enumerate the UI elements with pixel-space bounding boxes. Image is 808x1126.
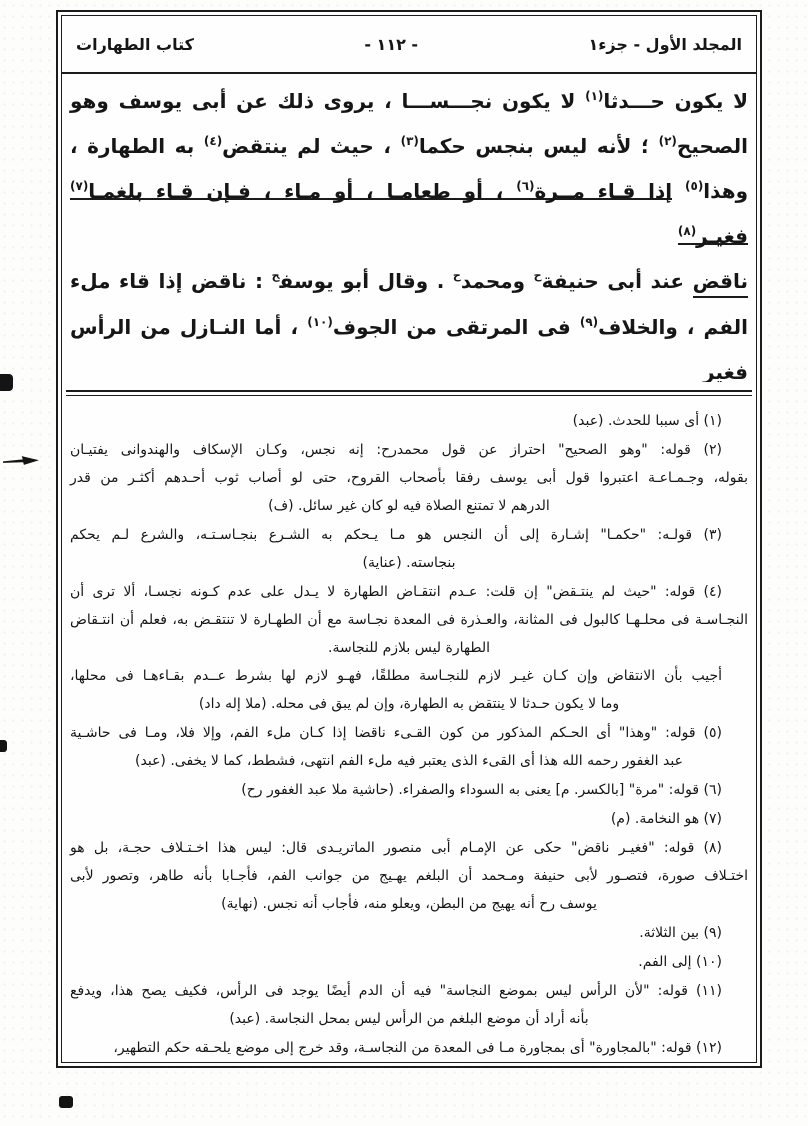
matn-text: لا يكون نجـــســـا ، يروى ذلك عن أبى يوس…: [70, 89, 585, 113]
matn-line: ناقض عند أبى حنيفةح ومحمدح . وقال أبو يو…: [70, 260, 748, 306]
footnote: (٦) قوله: "مرة" [بالكسر. م] يعنى به السو…: [70, 776, 748, 804]
footnote: (٤) قوله: "حيث لم ينتـقض" إن قلت: عـدم ا…: [70, 578, 748, 718]
underlined-text: إذا قـاء مــرة(٦) ، أو طعامـا ، أو مـاء …: [70, 171, 672, 200]
footnote-line: (١١) قوله: "لأن الرأس ليس بموضع النجاسة"…: [70, 977, 748, 1005]
footnote: (١) أى سببا للحدث. (عبد): [70, 407, 748, 435]
footnote: (٢) قوله: "وهو الصحيح" احتراز عن قول محم…: [70, 436, 748, 520]
footnote: (١٠) إلى الفم.: [70, 948, 748, 976]
matn-text: ومحمد: [461, 269, 534, 293]
matn-text: [672, 179, 685, 203]
footnote-marker: (٨): [678, 224, 696, 238]
footnote-line: (٢) قوله: "وهو الصحيح" احتراز عن قول محم…: [70, 436, 748, 464]
ink-mark: [0, 740, 7, 752]
footnote-line: (٣) قولـه: "حكمـا" إشـارة إلى أن النجس ه…: [70, 521, 748, 549]
footnote-line: اختـلاف صورة، فتصـور لأبى حنيفة ومـحمد أ…: [70, 862, 748, 890]
footnote-line: بأنه أراد أن موضع البلغم من الرأس ليس بم…: [70, 1005, 748, 1033]
footnote-line: (٤) قوله: "حيث لم ينتـقض" إن قلت: عـدم ا…: [70, 578, 748, 606]
footnotes: (١) أى سببا للحدث. (عبد)(٢) قوله: "وهو ا…: [62, 402, 756, 1062]
footnote-line: (٧) هو النخامة. (م): [70, 805, 748, 833]
footnote-line: يوسف رح أنه يهيج من البطن، ويعلو منه، فأ…: [70, 890, 748, 918]
footnote-line: (١٠) إلى الفم.: [70, 948, 748, 976]
honorific-mark: ح: [453, 269, 461, 282]
matn-text: ، أو طعامـا ، أو مـاء ، فـإن قـاء بلغمـا: [88, 179, 516, 203]
footnote-marker: (٣): [401, 134, 419, 148]
scanned-book-page: { "header": { "volume": "المجلد الأول - …: [0, 0, 808, 1126]
ink-arrow-mark: [3, 455, 39, 466]
footnote-line: بنجاسته. (عناية): [70, 549, 748, 577]
footnote: (٣) قولـه: "حكمـا" إشـارة إلى أن النجس ه…: [70, 521, 748, 577]
footnote-line: (٩) بين الثلاثة.: [70, 919, 748, 947]
matn-text: فى المرتقى من الجوف: [333, 315, 580, 339]
book-title: كتاب الطهارات: [76, 35, 194, 54]
matn-text: الصحيح: [677, 134, 748, 158]
matn-text: . وقال أبو يوسف: [280, 269, 453, 293]
volume-label: المجلد الأول - جزء١: [588, 35, 742, 54]
matn-text: عند أبى حنيفة: [542, 269, 693, 293]
matn-text: ، حيث لم ينتقض: [222, 134, 400, 158]
footnote-marker: (٤): [204, 134, 222, 148]
page-header: المجلد الأول - جزء١ - ١١٢ - كتاب الطهارا…: [62, 16, 756, 74]
footnote: (٩) بين الثلاثة.: [70, 919, 748, 947]
footnote-line: أجيب بأن الانتقاض وإن كـان غيـر لازم للن…: [70, 662, 748, 690]
matn-text: الفم ، والخلاف: [598, 315, 748, 339]
matn-line: الصحيح(٢) ؛ لأنه ليس بنجس حكما(٣) ، حيث …: [70, 125, 748, 170]
footnote-marker: (٦): [516, 179, 534, 193]
footnote-line: بقوله، وجـمـاعـة اعتبروا قول أبى يوسف رف…: [70, 464, 748, 492]
footnote-line: الدرهم لا تمتنع الصلاة فيه لو كان غير سا…: [70, 492, 748, 520]
footnote-line: (٥) قوله: "وهذا" أى الحـكم المذكور من كو…: [70, 719, 748, 747]
footnote-line: (١٢) قوله: "بالمجاورة" أى بمجاورة مـا فى…: [70, 1034, 748, 1062]
page-frame-inner: المجلد الأول - جزء١ - ١١٢ - كتاب الطهارا…: [61, 15, 757, 1063]
matn-line: وهذا(٥) إذا قـاء مــرة(٦) ، أو طعامـا ، …: [70, 170, 748, 260]
matn-text: لا يكون حـــدثا: [603, 89, 748, 113]
footnote-marker: (٩): [580, 315, 598, 329]
ink-mark: [59, 1096, 73, 1108]
footnote-marker: (٢): [659, 134, 677, 148]
main-text: لا يكون حـــدثا(١) لا يكون نجـــســـا ، …: [62, 74, 756, 382]
footnote-line: (٨) قوله: "فغيـر ناقض" حكى عن الإمـام أب…: [70, 834, 748, 862]
matn-text: به الطهارة ،: [70, 134, 204, 158]
footnote-line: النجـاسـة فى محلـهـا كالبول فى المثانة، …: [70, 606, 748, 634]
footnote-marker: (١): [585, 89, 603, 103]
matn-text: ناقض: [693, 269, 748, 293]
page-number: - ١١٢ -: [364, 35, 418, 54]
page-frame: المجلد الأول - جزء١ - ١١٢ - كتاب الطهارا…: [56, 10, 762, 1068]
matn-text: إذا قـاء مــرة: [535, 179, 673, 203]
matn-text: : ناقض إذا قاء ملء: [70, 269, 272, 293]
underlined-text: فغيـر(٨): [678, 216, 748, 245]
underlined-text: ناقض: [693, 269, 748, 298]
matn-text: وهذا: [703, 179, 748, 203]
footnote: (٧) هو النخامة. (م): [70, 805, 748, 833]
honorific-mark: ح: [272, 269, 280, 282]
footnote-marker: (٥): [685, 179, 703, 193]
footnote: (٨) قوله: "فغيـر ناقض" حكى عن الإمـام أب…: [70, 834, 748, 918]
footnote-line: عبد الغفور رحمه الله هذا أى القىء الذى ي…: [70, 747, 748, 775]
footnote: (١١) قوله: "لأن الرأس ليس بموضع النجاسة"…: [70, 977, 748, 1033]
honorific-mark: ح: [534, 269, 542, 282]
footnote-line: الطهارة ليس بلازم للنجاسة.: [70, 634, 748, 662]
footnote-line: (١) أى سببا للحدث. (عبد): [70, 407, 748, 435]
footnote: (٥) قوله: "وهذا" أى الحـكم المذكور من كو…: [70, 719, 748, 775]
footnote-separator: [66, 390, 752, 396]
footnote-marker: (٧): [70, 179, 88, 193]
matn-text: فغيـر: [696, 224, 748, 248]
footnote-marker: (١٠): [307, 315, 333, 329]
footnote-line: (٦) قوله: "مرة" [بالكسر. م] يعنى به السو…: [70, 776, 748, 804]
footnote-line: وما لا يكون حـدثا لا ينتقض به الطهارة، و…: [70, 690, 748, 718]
ink-mark: [0, 374, 13, 391]
matn-line: لا يكون حـــدثا(١) لا يكون نجـــســـا ، …: [70, 80, 748, 125]
footnote: (١٢) قوله: "بالمجاورة" أى بمجاورة مـا فى…: [70, 1034, 748, 1062]
matn-text: ؛ لأنه ليس بنجس حكما: [419, 134, 659, 158]
matn-line: الفم ، والخلاف(٩) فى المرتقى من الجوف(١٠…: [70, 306, 748, 382]
